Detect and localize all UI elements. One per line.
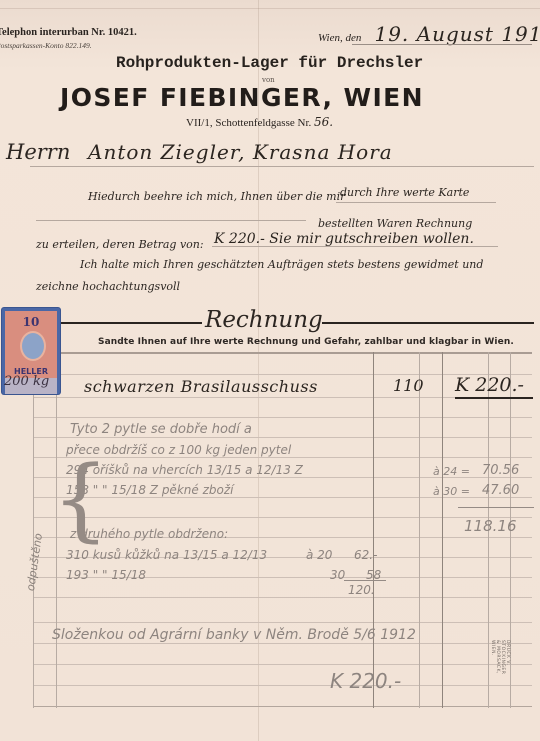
postal-account: Postsparkassen-Konto 822.149.	[0, 41, 92, 50]
firm-name: JOSEF FIEBINGER, WIEN	[60, 83, 424, 112]
date-prefix: Wien, den	[318, 32, 361, 44]
recipient-name: Anton Ziegler, Krasna Hora	[88, 140, 393, 164]
pencil-note-7-rate: 30	[330, 568, 345, 582]
pencil-brace: {	[52, 455, 109, 545]
table-row-line	[34, 437, 532, 438]
table-col-amount	[442, 352, 443, 708]
invoice-title: Rechnung	[205, 307, 323, 333]
salutation: Herrn	[6, 140, 70, 164]
letter-line-2: bestellten Waren Rechnung	[318, 217, 472, 230]
table-row-line	[34, 417, 532, 418]
letter-line-5: zeichne hochachtungsvoll	[36, 280, 180, 293]
table-col-qty	[373, 352, 374, 708]
pencil-note-7-total: 120.	[348, 583, 375, 597]
revenue-stamp: 10 HELLER 200 kg	[2, 308, 60, 394]
addressee-underline	[30, 166, 534, 167]
date-value: 19. August 1911.	[374, 22, 540, 46]
date-field: Wien, den 19. August 1911.	[318, 22, 540, 46]
pencil-subtotal: 118.16	[464, 517, 517, 535]
firm-trade: Rohprodukten-Lager für Drechsler	[116, 54, 423, 72]
pencil-note-4-amount: 47.60	[482, 483, 519, 498]
printer-imprint: DRUCK V. STOCKINGER & MORSACK, WIEN.	[490, 640, 510, 674]
pencil-sum-rule	[344, 580, 386, 581]
letter-line-4: Ich halte mich Ihren geschätzten Aufträg…	[80, 258, 483, 271]
letter-line-3-underline	[212, 246, 498, 247]
letter-line-3: zu erteilen, deren Betrag von:	[36, 238, 204, 251]
table-row-line	[34, 622, 532, 623]
pencil-note-6-rate: à 20	[306, 548, 332, 562]
subtotal-rule	[458, 507, 534, 508]
table-col-margin	[33, 352, 34, 708]
table-header-rule	[60, 352, 532, 354]
pencil-note-3-amount: 70.56	[482, 463, 519, 478]
invoice-terms: Sandte Ihnen auf Ihre werte Rechnung und…	[98, 337, 514, 347]
stamp-portrait-icon	[20, 331, 46, 361]
item-description: schwarzen Brasilausschuss	[84, 377, 318, 396]
rechnung-rule-right	[322, 322, 534, 324]
pencil-note-1: Tyto 2 pytle se dobře hodí a	[70, 422, 252, 437]
stamp-value: 10	[5, 315, 57, 329]
phone-number: Telephon interurban Nr. 10421.	[0, 27, 137, 38]
table-row-line	[34, 664, 532, 665]
letter-line-1: Hiedurch beehre ich mich, Ihnen über die…	[88, 190, 345, 203]
letter-line-2-blank	[36, 220, 306, 221]
pencil-note-3-rate: à 24 =	[433, 465, 470, 478]
table-row-line	[34, 643, 532, 644]
date-underline	[352, 44, 532, 45]
table-row-line	[34, 706, 532, 707]
amount-underline	[455, 397, 533, 399]
pencil-note-4-rate: à 30 =	[433, 485, 470, 498]
letter-line-1-underline	[336, 202, 496, 203]
table-row-line	[34, 597, 532, 598]
table-row-line	[34, 685, 532, 686]
letter-line-1-handwritten: durch Ihre werte Karte	[340, 186, 469, 199]
item-quantity: 110	[393, 376, 424, 395]
address-number: 56.	[314, 115, 333, 129]
pencil-final-total: K 220.-	[330, 669, 401, 693]
rechnung-rule-left	[60, 322, 202, 324]
stamp-cancel-note: 200 kg	[4, 374, 49, 389]
firm-address: VII/1, Schottenfeldgasse Nr. 56.	[186, 115, 333, 129]
address-street: VII/1, Schottenfeldgasse Nr.	[186, 117, 311, 129]
letter-line-3-handwritten: K 220.- Sie mir gutschreiben wollen.	[214, 231, 474, 247]
item-amount: K 220.-	[455, 374, 524, 396]
table-col-unit	[419, 352, 420, 708]
pencil-note-7-desc: 193 " " 15/18	[66, 568, 146, 582]
paper-fold-horizontal	[0, 8, 540, 9]
pencil-receipt-line: Složenkou od Agrární banky v Něm. Brodě …	[52, 627, 416, 643]
pencil-note-6-amount: 62.-	[354, 548, 377, 562]
